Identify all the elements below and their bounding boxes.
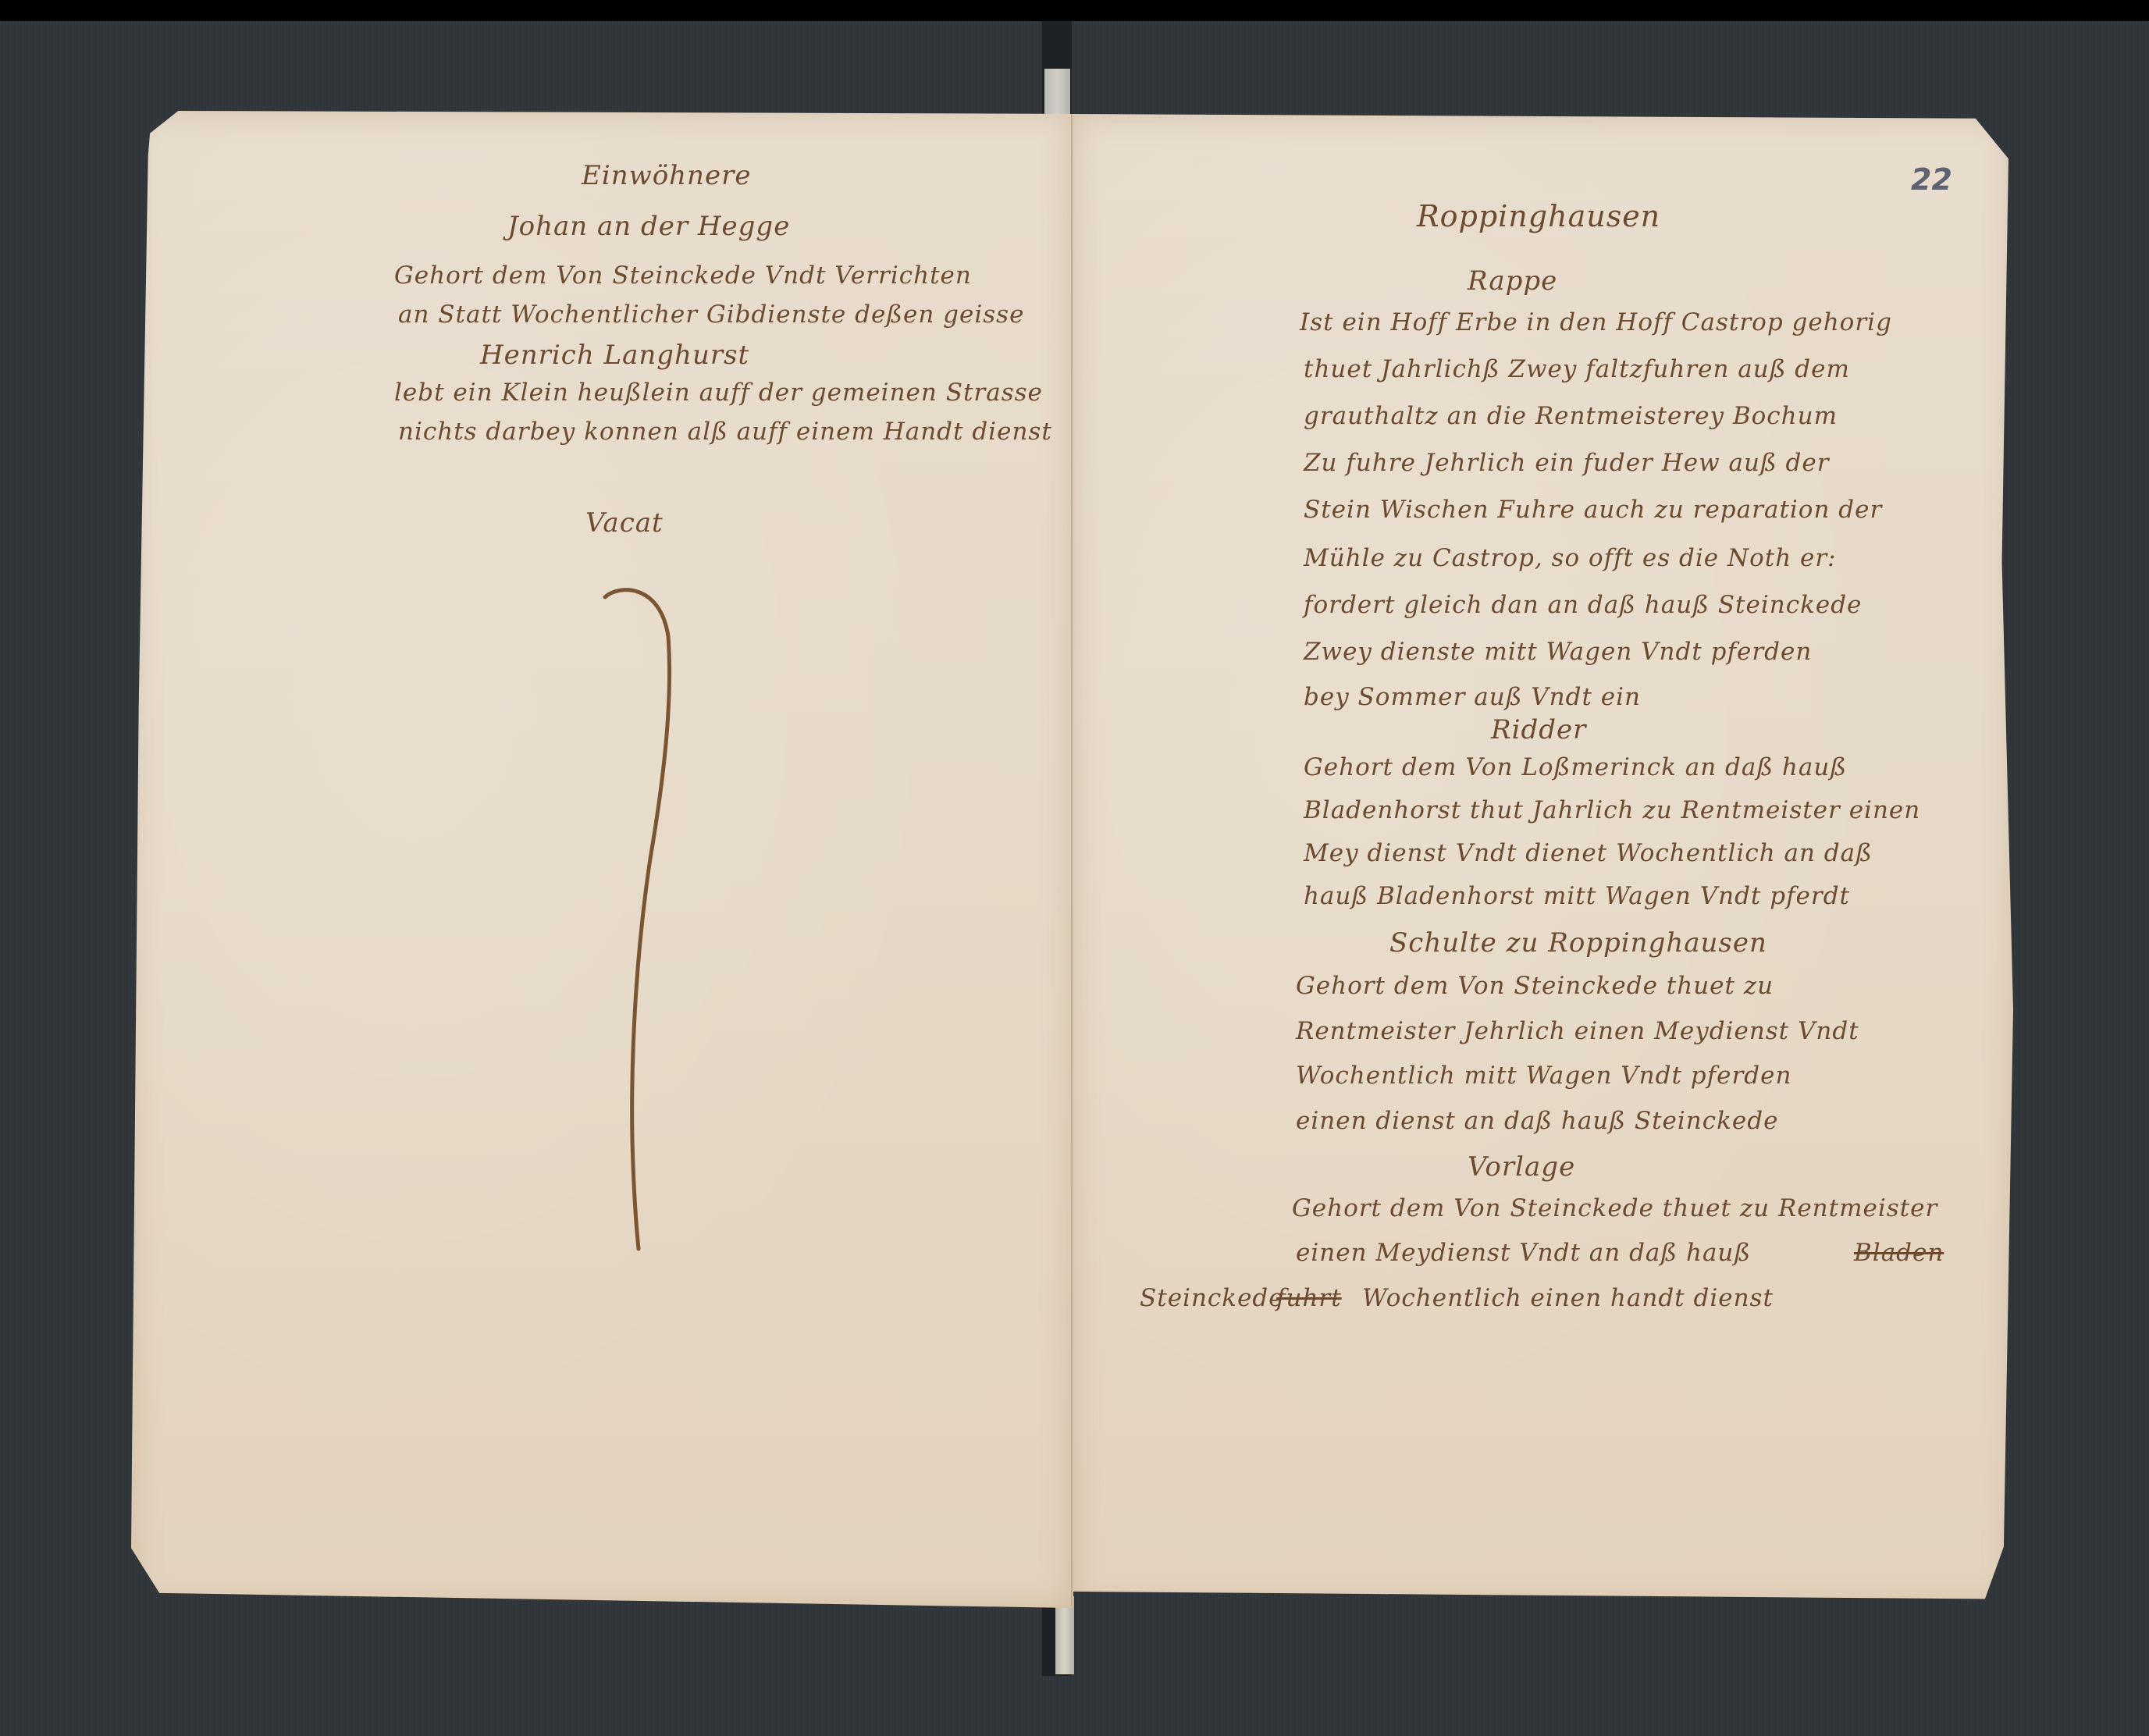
binding-tape-bottom [1055, 1596, 1074, 1674]
right-page-heading: Roppinghausen [1417, 199, 1660, 233]
entry-line: Steinckede [1140, 1284, 1284, 1312]
entry-line: Zu fuhre Jehrlich ein fuder Hew auß der [1304, 449, 1830, 477]
entry-line: Mühle zu Castrop, so offt es die Noth er… [1304, 544, 1837, 572]
entry-line: hauß Bladenhorst mitt Wagen Vndt pferdt [1304, 882, 1850, 910]
struck-word: fuhrt [1276, 1284, 1342, 1312]
window-title-bar: /Abt_Westfalen/D002/~004/00451/LAV_W_D00… [0, 0, 2149, 21]
entry-name: Rappe [1468, 265, 1557, 297]
entry-line: nichts darbey konnen alß auff einem Hand… [398, 418, 1052, 446]
folio-number: 22 [1911, 162, 1952, 197]
entry-line: Wochentlich einen handt dienst [1362, 1284, 1774, 1312]
struck-word: Bladen [1854, 1239, 1944, 1267]
vacat-note: Vacat [585, 507, 664, 539]
entry-line: Bladenhorst thut Jahrlich zu Rentmeister… [1304, 796, 1920, 824]
entry-line: einen dienst an daß hauß Steinckede [1296, 1107, 1778, 1135]
entry-line: einen Meydienst Vndt an daß hauß [1296, 1239, 1751, 1267]
entry-line: grauthaltz an die Rentmeisterey Bochum [1304, 402, 1838, 430]
entry-line: an Statt Wochentlicher Gibdienste deßen … [398, 301, 1024, 329]
entry-line: Gehort dem Von Steinckede Vndt Verrichte… [394, 261, 972, 290]
page-fold [1071, 114, 1073, 1606]
entry-name: Schulte zu Roppinghausen [1389, 927, 1767, 959]
entry-line: Zwey dienste mitt Wagen Vndt pferden [1304, 638, 1812, 666]
entry-line: lebt ein Klein heußlein auff der gemeine… [394, 379, 1043, 407]
entry-line: fordert gleich dan an daß hauß Steincked… [1304, 591, 1862, 619]
entry-line: thuet Jahrlichß Zwey faltzfuhren auß dem [1304, 355, 1850, 383]
entry-line: bey Sommer auß Vndt ein [1304, 683, 1641, 711]
left-page-heading: Einwöhnere [582, 160, 751, 191]
entry-line: Gehort dem Von Loßmerinck an daß hauß [1304, 753, 1847, 781]
entry-line: Gehort dem Von Steinckede thuet zu Rentm… [1292, 1194, 1937, 1222]
entry-line: Mey dienst Vndt dienet Wochentlich an da… [1304, 839, 1873, 867]
entry-name: Ridder [1491, 714, 1586, 745]
entry-line: Wochentlich mitt Wagen Vndt pferden [1296, 1062, 1791, 1090]
entry-name: Johan an der Hegge [507, 211, 790, 242]
entry-line: Ist ein Hoff Erbe in den Hoff Castrop ge… [1300, 308, 1892, 336]
binding-tape-top [1044, 69, 1070, 114]
entry-name: Vorlage [1468, 1151, 1575, 1183]
entry-name: Henrich Langhurst [480, 340, 749, 371]
entry-line: Rentmeister Jehrlich einen Meydienst Vnd… [1296, 1017, 1859, 1045]
left-page [131, 111, 1072, 1608]
entry-line: Stein Wischen Fuhre auch zu reparation d… [1304, 496, 1882, 524]
entry-line: Gehort dem Von Steinckede thuet zu [1296, 972, 1774, 1000]
